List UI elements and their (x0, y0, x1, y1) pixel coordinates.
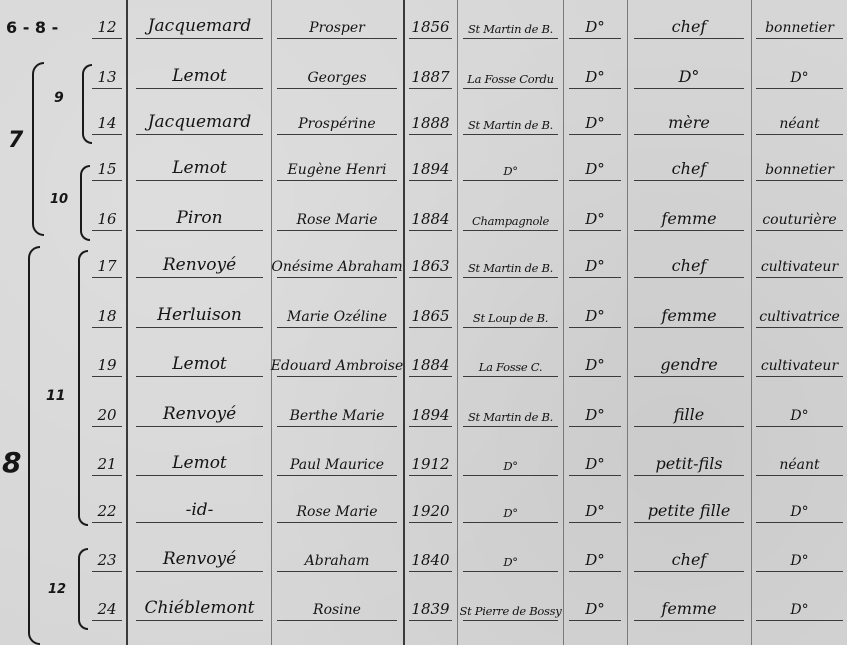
person-number: 13 (88, 59, 126, 89)
given-text: Rosine (313, 602, 361, 618)
household-label-9: 9 (54, 90, 64, 106)
birth-year: 1884 (405, 347, 456, 377)
nat-text: D° (585, 551, 605, 569)
year-text: 1912 (411, 455, 449, 473)
nationality: D° (565, 201, 625, 231)
occupation: néant (752, 446, 847, 476)
num-text: 13 (97, 68, 116, 86)
birth-year: 1884 (405, 201, 456, 231)
person-number: 18 (88, 298, 126, 328)
nat-text: D° (585, 257, 605, 275)
nat-text: D° (585, 210, 605, 228)
birthplace: La Fosse C. (459, 347, 562, 377)
relation-text: mère (668, 113, 710, 132)
birthplace-text: Champagnole (472, 214, 549, 228)
surname: Renvoyé (132, 397, 267, 427)
nationality: D° (565, 493, 625, 523)
relation-text: chef (672, 17, 707, 36)
occupation-text: D° (790, 553, 808, 569)
birthplace-text: St Pierre de Bossy (460, 604, 562, 618)
given-text: Onésime Abraham (271, 259, 402, 275)
relation-to-head: femme (630, 298, 748, 328)
nat-text: D° (585, 455, 605, 473)
relation-to-head: chef (630, 248, 748, 278)
register-row: 13 Lemot Georges 1887 La Fosse Cordu D° … (0, 59, 847, 89)
given-text: Marie Ozéline (287, 309, 387, 325)
surname: Renvoyé (132, 248, 267, 278)
register-row: 12 Jacquemard Prosper 1856 St Martin de … (0, 9, 847, 39)
register-row: 15 Lemot Eugène Henri 1894 D° D° chef bo… (0, 151, 847, 181)
nationality: D° (565, 9, 625, 39)
birth-year: 1920 (405, 493, 456, 523)
register-row: 20 Renvoyé Berthe Marie 1894 St Martin d… (0, 397, 847, 427)
person-number: 15 (88, 151, 126, 181)
relation-to-head: chef (630, 9, 748, 39)
register-row: 14 Jacquemard Prospérine 1888 St Martin … (0, 105, 847, 135)
birthplace: St Pierre de Bossy (459, 591, 562, 621)
occupation-text: D° (790, 602, 808, 618)
birth-year: 1894 (405, 151, 456, 181)
surname-text: Lemot (172, 66, 227, 86)
year-text: 1884 (411, 210, 449, 228)
surname-text: Herluison (157, 305, 242, 325)
occupation-text: cultivateur (761, 358, 838, 374)
occupation: D° (752, 397, 847, 427)
year-text: 1888 (411, 114, 449, 132)
occupation-text: D° (790, 504, 808, 520)
surname: Piron (132, 201, 267, 231)
relation-text: chef (672, 550, 707, 569)
person-number: 23 (88, 542, 126, 572)
birthplace-text: St Martin de B. (468, 118, 553, 132)
num-text: 24 (97, 600, 116, 618)
surname: Lemot (132, 347, 267, 377)
occupation: cultivateur (752, 248, 847, 278)
nationality: D° (565, 591, 625, 621)
register-row: 17 Renvoyé Onésime Abraham 1863 St Marti… (0, 248, 847, 278)
num-text: 22 (97, 502, 116, 520)
relation-to-head: chef (630, 542, 748, 572)
relation-to-head: fille (630, 397, 748, 427)
birthplace: D° (459, 542, 562, 572)
person-number: 12 (88, 9, 126, 39)
nat-text: D° (585, 406, 605, 424)
surname-text: Renvoyé (163, 404, 236, 424)
nationality: D° (565, 151, 625, 181)
given-names: Onésime Abraham (273, 248, 401, 278)
census-register-sheet: 6 - 8 - 7 9 10 8 11 12 12 Jacquemard Pro… (0, 0, 847, 645)
surname-text: Lemot (172, 354, 227, 374)
given-text: Berthe Marie (290, 408, 385, 424)
year-text: 1839 (411, 600, 449, 618)
given-names: Berthe Marie (273, 397, 401, 427)
given-names: Rose Marie (273, 201, 401, 231)
relation-text: gendre (660, 355, 717, 374)
num-text: 18 (97, 307, 116, 325)
surname: Jacquemard (132, 105, 267, 135)
surname-text: Renvoyé (163, 255, 236, 275)
birthplace: Champagnole (459, 201, 562, 231)
num-text: 19 (97, 356, 116, 374)
occupation-text: néant (779, 116, 819, 132)
surname: Lemot (132, 59, 267, 89)
num-text: 14 (97, 114, 116, 132)
given-names: Paul Maurice (273, 446, 401, 476)
occupation-text: bonnetier (765, 162, 834, 178)
given-text: Paul Maurice (290, 457, 384, 473)
register-row: 19 Lemot Edouard Ambroise 1884 La Fosse … (0, 347, 847, 377)
birth-year: 1840 (405, 542, 456, 572)
occupation-text: néant (779, 457, 819, 473)
person-number: 14 (88, 105, 126, 135)
given-names: Georges (273, 59, 401, 89)
num-text: 20 (97, 406, 116, 424)
given-text: Eugène Henri (288, 162, 387, 178)
birth-year: 1888 (405, 105, 456, 135)
relation-text: fille (674, 405, 704, 424)
surname: Lemot (132, 446, 267, 476)
birthplace: St Martin de B. (459, 397, 562, 427)
num-text: 23 (97, 551, 116, 569)
occupation-text: couturière (762, 212, 836, 228)
birthplace: D° (459, 446, 562, 476)
birthplace-text: D° (503, 459, 517, 473)
surname: Renvoyé (132, 542, 267, 572)
num-text: 16 (97, 210, 116, 228)
num-text: 17 (97, 257, 116, 275)
surname-text: Jacquemard (148, 112, 252, 132)
year-text: 1894 (411, 406, 449, 424)
year-text: 1863 (411, 257, 449, 275)
given-text: Prosper (309, 20, 365, 36)
birthplace-text: D° (503, 555, 517, 569)
occupation: D° (752, 591, 847, 621)
occupation-text: cultivatrice (759, 309, 840, 325)
birthplace-text: St Martin de B. (468, 410, 553, 424)
nat-text: D° (585, 600, 605, 618)
relation-text: femme (661, 209, 716, 228)
occupation-text: D° (790, 70, 808, 86)
relation-text: D° (679, 67, 700, 86)
relation-to-head: petit-fils (630, 446, 748, 476)
given-names: Rosine (273, 591, 401, 621)
relation-text: petite fille (648, 501, 731, 520)
year-text: 1920 (411, 502, 449, 520)
nat-text: D° (585, 160, 605, 178)
given-text: Rose Marie (296, 504, 377, 520)
register-row: 22 -id- Rose Marie 1920 D° D° petite fil… (0, 493, 847, 523)
birthplace: St Martin de B. (459, 9, 562, 39)
birthplace-text: La Fosse C. (479, 360, 542, 374)
occupation: D° (752, 542, 847, 572)
birth-year: 1863 (405, 248, 456, 278)
relation-text: femme (661, 306, 716, 325)
num-text: 12 (97, 18, 116, 36)
given-names: Marie Ozéline (273, 298, 401, 328)
birth-year: 1887 (405, 59, 456, 89)
person-number: 24 (88, 591, 126, 621)
occupation: bonnetier (752, 9, 847, 39)
surname: Jacquemard (132, 9, 267, 39)
nationality: D° (565, 397, 625, 427)
surname: Lemot (132, 151, 267, 181)
relation-text: femme (661, 599, 716, 618)
nationality: D° (565, 248, 625, 278)
birthplace: St Martin de B. (459, 105, 562, 135)
occupation: néant (752, 105, 847, 135)
occupation-text: D° (790, 408, 808, 424)
nat-text: D° (585, 18, 605, 36)
surname-text: Lemot (172, 453, 227, 473)
person-number: 16 (88, 201, 126, 231)
relation-to-head: chef (630, 151, 748, 181)
birthplace: St Loup de B. (459, 298, 562, 328)
nationality: D° (565, 446, 625, 476)
birthplace-text: D° (503, 164, 517, 178)
occupation: bonnetier (752, 151, 847, 181)
year-text: 1856 (411, 18, 449, 36)
given-text: Edouard Ambroise (271, 358, 404, 374)
surname-text: Renvoyé (163, 549, 236, 569)
surname: Herluison (132, 298, 267, 328)
birthplace-text: St Martin de B. (468, 22, 553, 36)
relation-to-head: femme (630, 591, 748, 621)
occupation: cultivateur (752, 347, 847, 377)
register-row: 23 Renvoyé Abraham 1840 D° D° chef D° (0, 542, 847, 572)
surname: -id- (132, 493, 267, 523)
given-names: Edouard Ambroise (273, 347, 401, 377)
given-names: Rose Marie (273, 493, 401, 523)
birthplace-text: La Fosse Cordu (467, 72, 553, 86)
relation-text: chef (672, 256, 707, 275)
birthplace-text: D° (503, 506, 517, 520)
person-number: 22 (88, 493, 126, 523)
nat-text: D° (585, 307, 605, 325)
person-number: 21 (88, 446, 126, 476)
given-text: Georges (307, 70, 366, 86)
person-number: 19 (88, 347, 126, 377)
surname-text: Piron (176, 208, 222, 228)
birth-year: 1912 (405, 446, 456, 476)
nationality: D° (565, 347, 625, 377)
household-bracket-11 (78, 250, 88, 526)
surname-text: Chiéblemont (145, 598, 255, 618)
birthplace: St Martin de B. (459, 248, 562, 278)
nationality: D° (565, 105, 625, 135)
birthplace-text: St Martin de B. (468, 261, 553, 275)
nat-text: D° (585, 114, 605, 132)
relation-to-head: gendre (630, 347, 748, 377)
person-number: 17 (88, 248, 126, 278)
nationality: D° (565, 542, 625, 572)
given-text: Abraham (305, 553, 370, 569)
nationality: D° (565, 298, 625, 328)
relation-text: petit-fils (655, 454, 722, 473)
relation-to-head: D° (630, 59, 748, 89)
given-names: Prospérine (273, 105, 401, 135)
relation-text: chef (672, 159, 707, 178)
given-names: Abraham (273, 542, 401, 572)
occupation: D° (752, 493, 847, 523)
given-text: Prospérine (298, 116, 375, 132)
birth-year: 1894 (405, 397, 456, 427)
relation-to-head: femme (630, 201, 748, 231)
occupation: cultivatrice (752, 298, 847, 328)
relation-to-head: petite fille (630, 493, 748, 523)
birth-year: 1839 (405, 591, 456, 621)
year-text: 1884 (411, 356, 449, 374)
given-text: Rose Marie (296, 212, 377, 228)
surname: Chiéblemont (132, 591, 267, 621)
occupation-text: bonnetier (765, 20, 834, 36)
num-text: 15 (97, 160, 116, 178)
num-text: 21 (97, 455, 116, 473)
nat-text: D° (585, 502, 605, 520)
birth-year: 1865 (405, 298, 456, 328)
given-names: Prosper (273, 9, 401, 39)
occupation-text: cultivateur (761, 259, 838, 275)
given-names: Eugène Henri (273, 151, 401, 181)
nat-text: D° (585, 356, 605, 374)
occupation: D° (752, 59, 847, 89)
relation-to-head: mère (630, 105, 748, 135)
register-row: 21 Lemot Paul Maurice 1912 D° D° petit-f… (0, 446, 847, 476)
year-text: 1894 (411, 160, 449, 178)
register-row: 24 Chiéblemont Rosine 1839 St Pierre de … (0, 591, 847, 621)
year-text: 1887 (411, 68, 449, 86)
nat-text: D° (585, 68, 605, 86)
person-number: 20 (88, 397, 126, 427)
birthplace-text: St Loup de B. (473, 311, 548, 325)
register-row: 18 Herluison Marie Ozéline 1865 St Loup … (0, 298, 847, 328)
surname-text: -id- (186, 500, 214, 520)
nationality: D° (565, 59, 625, 89)
surname-text: Lemot (172, 158, 227, 178)
birth-year: 1856 (405, 9, 456, 39)
surname-text: Jacquemard (148, 16, 252, 36)
year-text: 1865 (411, 307, 449, 325)
birthplace: D° (459, 151, 562, 181)
occupation: couturière (752, 201, 847, 231)
register-row: 16 Piron Rose Marie 1884 Champagnole D° … (0, 201, 847, 231)
birthplace: D° (459, 493, 562, 523)
year-text: 1840 (411, 551, 449, 569)
birthplace: La Fosse Cordu (459, 59, 562, 89)
